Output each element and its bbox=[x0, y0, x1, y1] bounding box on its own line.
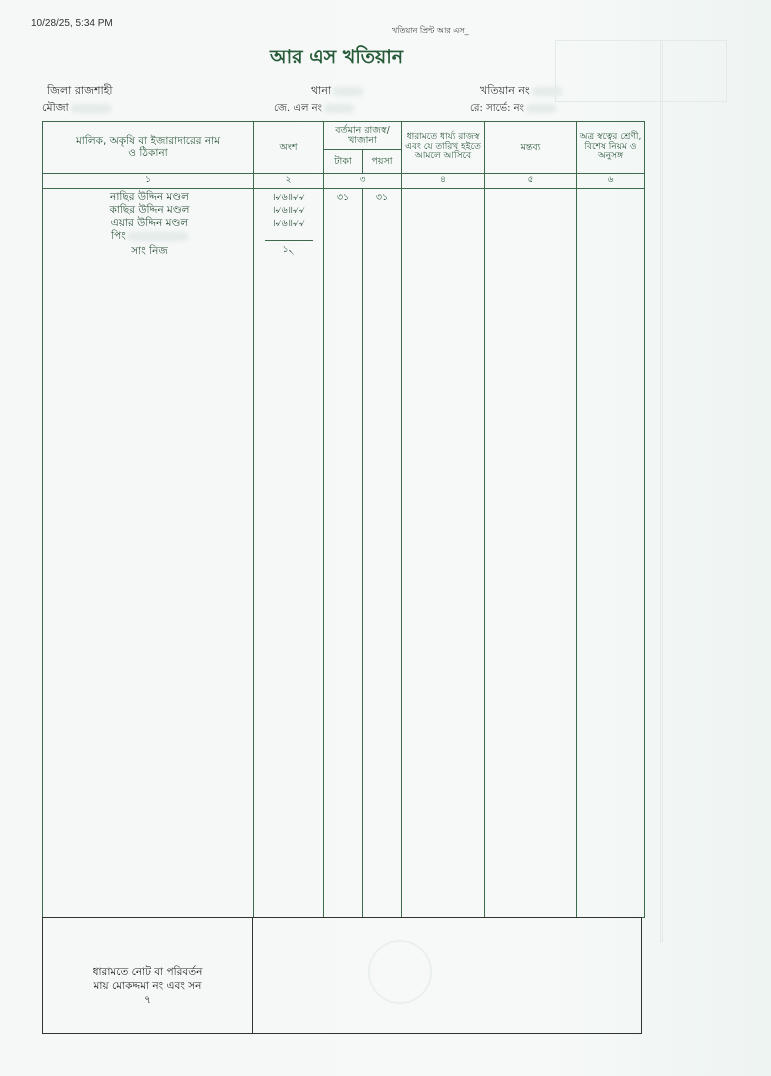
remarks-cell bbox=[485, 189, 577, 918]
jl-no-label: জে. এল নং bbox=[274, 103, 322, 114]
share-total: ১৲ bbox=[254, 243, 323, 256]
col-number: ৩ bbox=[324, 174, 402, 189]
header-special: অত্র স্বত্বের শ্রেণী, বিশেষ নিয়ম ও অনুস… bbox=[577, 122, 645, 174]
print-title: খতিয়ান প্রিন্ট আর এস_ bbox=[392, 25, 469, 38]
poysha-cell: ৩১ bbox=[363, 189, 402, 918]
khatian-no-label: খতিয়ান নং bbox=[480, 84, 530, 97]
address: সাং নিজ bbox=[46, 245, 253, 258]
notes-line1: ধারামতে নোট বা পরিবর্তন bbox=[93, 965, 203, 979]
section-revenue-cell bbox=[402, 189, 485, 918]
col-number: ৫ bbox=[485, 174, 577, 189]
col-number: ১ bbox=[43, 174, 254, 189]
owner-name: এয়ার উদ্দিন মণ্ডল bbox=[46, 217, 253, 230]
share-divider bbox=[265, 240, 313, 241]
mouza-field: মৌজা bbox=[42, 99, 111, 118]
revenue-survey-field: রে: সার্ভে: নং bbox=[470, 101, 556, 118]
col-number: ৪ bbox=[402, 174, 485, 189]
col-number: ৬ bbox=[577, 174, 645, 189]
poysha-value: ৩১ bbox=[363, 189, 401, 204]
header-section-revenue: ধারামতে ধার্য্য রাজস্ব এবং যে তারিখ হইতে… bbox=[402, 122, 485, 174]
notes-number: ৭ bbox=[144, 993, 151, 1007]
notes-line2: মায় মোকদ্দমা নং এবং সন bbox=[94, 979, 202, 993]
notes-label: ধারামতে নোট বা পরিবর্তন মায় মোকদ্দমা নং… bbox=[43, 918, 253, 1033]
khatian-no-field: খতিয়ান নং bbox=[480, 82, 562, 101]
special-cell bbox=[577, 189, 645, 918]
father-name: পিং bbox=[46, 230, 253, 243]
redacted-value bbox=[532, 87, 562, 96]
mouza-label: মৌজা bbox=[42, 101, 69, 114]
khatian-page: 10/28/25, 5:34 PM খতিয়ান প্রিন্ট আর এস_… bbox=[0, 0, 771, 1076]
share-cell: ।৵৬॥৵৵ ।৵৬॥৵৵ ।৵৬॥৵৵ ১৲ bbox=[254, 189, 324, 918]
khatian-table: মালিক, অকৃষি বা ইজারাদারের নাম ও ঠিকানা … bbox=[42, 121, 645, 918]
header-owner: মালিক, অকৃষি বা ইজারাদারের নাম ও ঠিকানা bbox=[43, 122, 254, 174]
header-revenue: বর্তমান রাজস্ব/খাজানা bbox=[324, 122, 402, 150]
district-label: জিলা রাজশাহী bbox=[47, 84, 113, 97]
header-remarks: মন্তব্য bbox=[485, 122, 577, 174]
header-poysha: পয়সা bbox=[363, 150, 402, 174]
jl-no-field: জে. এল নং bbox=[274, 101, 354, 118]
show-through-line bbox=[660, 40, 663, 942]
table-body-row: নাছির উদ্দিন মণ্ডল কাছির উদ্দিন মণ্ডল এয… bbox=[43, 189, 645, 918]
revenue-survey-label: রে: সার্ভে: নং bbox=[470, 103, 524, 114]
redacted-value bbox=[526, 104, 556, 113]
print-timestamp: 10/28/25, 5:34 PM bbox=[31, 18, 113, 29]
owner-name: নাছির উদ্দিন মণ্ডল bbox=[46, 191, 253, 204]
column-number-row: ১ ২ ৩ ৪ ৫ ৬ bbox=[43, 174, 645, 189]
show-through-box bbox=[555, 40, 727, 102]
owner-share: ।৵৬॥৵৵ bbox=[254, 204, 323, 217]
redacted-value bbox=[333, 87, 363, 96]
notes-footer: ধারামতে নোট বা পরিবর্তন মায় মোকদ্দমা নং… bbox=[42, 917, 642, 1034]
owner-share: ।৵৬॥৵৵ bbox=[254, 191, 323, 204]
col-number: ২ bbox=[254, 174, 324, 189]
thana-field: থানা bbox=[311, 82, 363, 101]
thana-label: থানা bbox=[311, 84, 331, 97]
redacted-value bbox=[324, 104, 354, 113]
taka-cell: ৩১ bbox=[324, 189, 363, 918]
page-title: আর এস খতিয়ান bbox=[270, 43, 403, 75]
redacted-value bbox=[128, 232, 188, 241]
owner-name: কাছির উদ্দিন মণ্ডল bbox=[46, 204, 253, 217]
owner-cell: নাছির উদ্দিন মণ্ডল কাছির উদ্দিন মণ্ডল এয… bbox=[43, 189, 254, 918]
owner-share: ।৵৬॥৵৵ bbox=[254, 217, 323, 230]
taka-value: ৩১ bbox=[324, 189, 362, 204]
redacted-value bbox=[71, 104, 111, 113]
faint-seal bbox=[368, 940, 432, 1004]
header-taka: টাকা bbox=[324, 150, 363, 174]
header-share: অংশ bbox=[254, 122, 324, 174]
